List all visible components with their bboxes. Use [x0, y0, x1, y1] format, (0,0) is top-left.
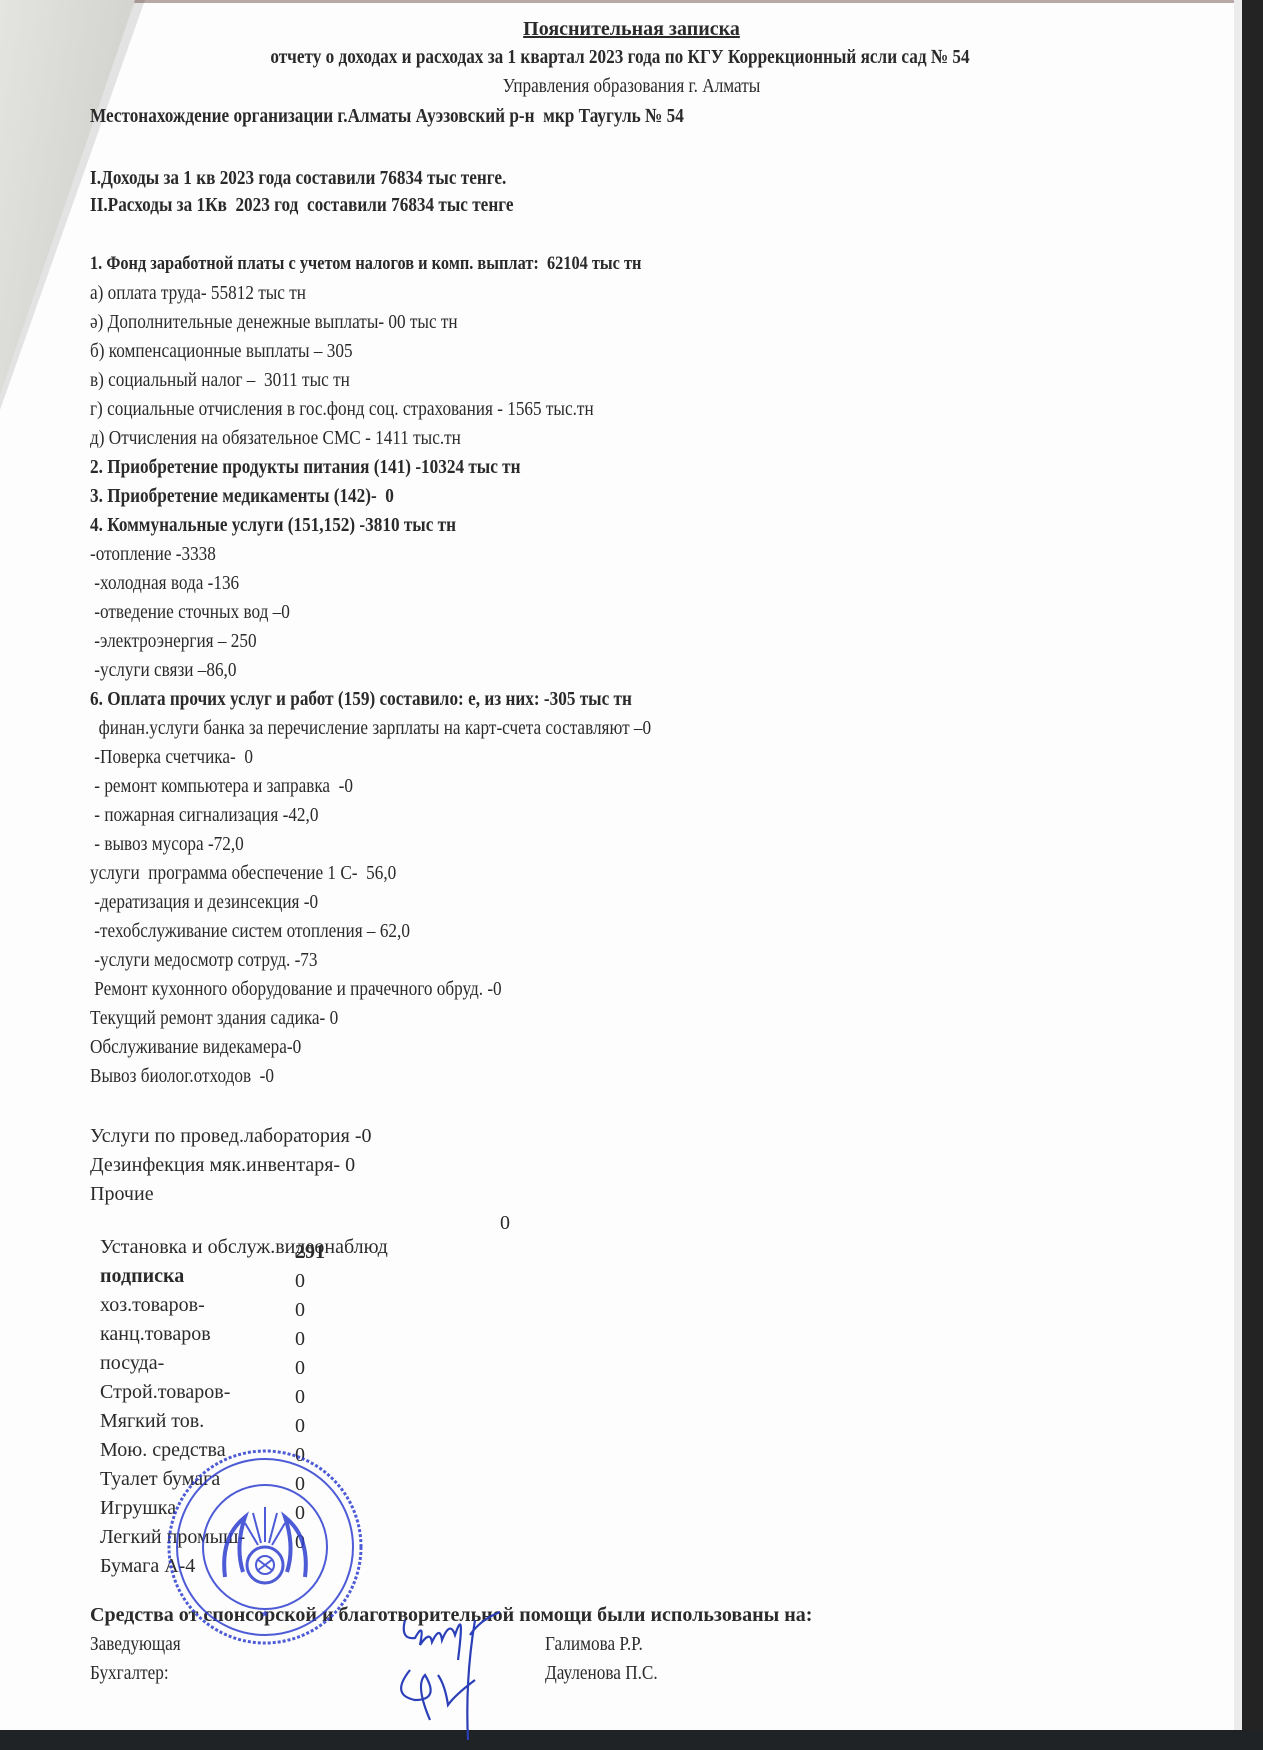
- food-expense: 2. Приобретение продукты питания (141) -…: [90, 455, 521, 479]
- other-services-item: Обслуживание видекамера-0: [90, 1035, 301, 1059]
- scan-right-border: [1242, 0, 1263, 1750]
- accountant-signature-label: Бухгалтер:: [90, 1661, 169, 1685]
- payroll-item: б) компенсационные выплаты – 305: [90, 339, 353, 363]
- document-title: Пояснительная записка: [0, 17, 1263, 41]
- row-value: 0: [500, 1211, 510, 1235]
- utilities-item: -электроэнергия – 250: [90, 629, 257, 653]
- utilities-item: -отопление -3338: [90, 542, 216, 566]
- other-services-item: Вывоз биолог.отходов -0: [90, 1064, 274, 1088]
- other-services-item: - пожарная сигнализация -42,0: [90, 803, 318, 827]
- expenses-summary: II.Расходы за 1Кв 2023 год составили 768…: [90, 193, 513, 217]
- other-services-item: - вывоз мусора -72,0: [90, 832, 244, 856]
- head-signature-name: Галимова Р.Р.: [545, 1632, 643, 1656]
- payroll-item: а) оплата труда- 55812 тыс тн: [90, 281, 306, 305]
- other-services-heading: 6. Оплата прочих услуг и работ (159) сос…: [90, 687, 632, 711]
- row-value: 291: [295, 1240, 325, 1264]
- paper-right-edge: [1234, 0, 1242, 1730]
- other-services-item: Ремонт кухонного оборудование и прачечно…: [90, 977, 502, 1001]
- location-line: Местонахождение организации г.Алматы Ауэ…: [90, 104, 684, 128]
- payroll-item: д) Отчисления на обязательное СМС - 1411…: [90, 426, 461, 450]
- scan-top-edge: [0, 0, 1242, 3]
- other-services-item: - ремонт компьютера и заправка -0: [90, 774, 353, 798]
- row-value: 0: [295, 1327, 305, 1351]
- row-value: 0: [295, 1356, 305, 1380]
- medicine-expense: 3. Приобретение медикаменты (142)- 0: [90, 484, 394, 508]
- other-services-item: Услуги по провед.лаборатория -0: [90, 1124, 371, 1148]
- other-services-item: -Поверка счетчика- 0: [90, 745, 253, 769]
- other-services-item: Текущий ремонт здания садика- 0: [90, 1006, 338, 1030]
- utilities-heading: 4. Коммунальные услуги (151,152) -3810 т…: [90, 513, 456, 537]
- other-services-item: Дезинфекция мяк.инвентаря- 0: [90, 1153, 355, 1177]
- document-subtitle: отчету о доходах и расходах за 1 квартал…: [190, 45, 1050, 69]
- payroll-item: в) социальный налог – 3011 тыс тн: [90, 368, 350, 392]
- department-line: Управления образования г. Алматы: [88, 74, 1174, 98]
- payroll-heading: 1. Фонд заработной платы с учетом налого…: [90, 252, 641, 276]
- payroll-item: ә) Дополнительные денежные выплаты- 00 т…: [90, 310, 458, 334]
- row-value: 0: [295, 1385, 305, 1409]
- scan-bottom-border: [0, 1730, 1263, 1750]
- utilities-item: -отведение сточных вод –0: [90, 600, 290, 624]
- svg-text:★: ★: [261, 1609, 270, 1620]
- handwritten-signature: [370, 1600, 540, 1750]
- utilities-item: -услуги связи –86,0: [90, 658, 236, 682]
- other-services-item: услуги программа обеспечение 1 С- 56,0: [90, 861, 396, 885]
- other-services-item: -услуги медосмотр сотруд. -73: [90, 948, 317, 972]
- utilities-item: -холодная вода -136: [90, 571, 239, 595]
- row-value: 0: [295, 1298, 305, 1322]
- row-value: 0: [295, 1414, 305, 1438]
- other-services-item: финан.услуги банка за перечисление зарпл…: [90, 716, 651, 740]
- row-value: 0: [295, 1269, 305, 1293]
- accountant-signature-name: Дауленова П.С.: [545, 1661, 658, 1685]
- other-services-item: Прочие: [90, 1182, 154, 1206]
- other-services-item: -техобслуживание систем отопления – 62,0: [90, 919, 410, 943]
- payroll-item: г) социальные отчисления в гос.фонд соц.…: [90, 397, 594, 421]
- official-seal-icon: ★: [165, 1447, 365, 1647]
- other-services-item: -дератизация и дезинсекция -0: [90, 890, 318, 914]
- income-summary: I.Доходы за 1 кв 2023 года составили 768…: [90, 166, 506, 190]
